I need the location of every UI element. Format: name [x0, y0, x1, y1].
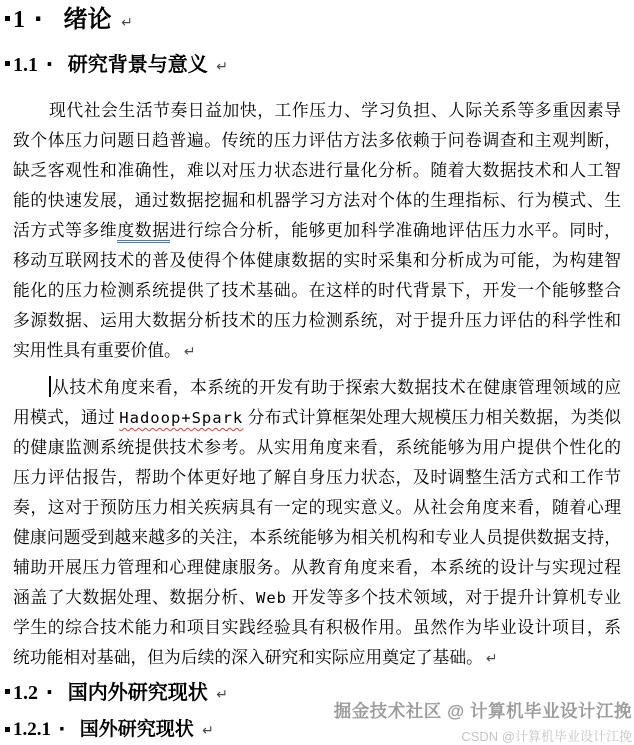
- paragraph-line: 辅助开展压力管理和心理健康服务。从教育角度来看，本系统的设计与实现过程: [13, 553, 621, 583]
- paragraph-line: 能化的压力检测系统提供了技术基础。在这样的时代背景下，开发一个能够整合: [13, 276, 621, 306]
- heading-title: 国外研究现状: [80, 719, 194, 740]
- heading-outline-marker-icon[interactable]: [5, 61, 10, 66]
- paragraph-line: 活方式等多维度数据进行综合分析，能够更加科学准确地评估压力水平。同时，: [13, 216, 621, 246]
- paragraph-mark-icon: ↵: [202, 723, 214, 739]
- paragraph-line: 压力评估报告，帮助个体更好地了解自身压力状态，及时调整生活方式和工作节: [13, 463, 621, 493]
- paragraph-mark-icon: ↵: [216, 59, 228, 75]
- paragraph-mark-icon: ↵: [486, 651, 498, 667]
- document-page: 1 · 绪论 ↵ 1.1 · 研究背景与意义 ↵ 现代社会生活节奏日益加快，工作…: [0, 0, 634, 745]
- paragraph-line: 学生的综合技术能力和项目实践经验具有积极作用。虽然作为毕业设计项目，系: [13, 613, 621, 643]
- paragraph-line: 从技术角度来看，本系统的开发有助于探索大数据技术在健康管理领域的应: [13, 373, 621, 403]
- space-format-mark: ·: [46, 52, 54, 76]
- heading-title: 国内外研究现状: [68, 682, 208, 704]
- text-cursor: [49, 376, 51, 397]
- paragraph-line: 涵盖了大数据处理、数据分析、Web 开发等多个技术领域，对于提升计算机专业: [13, 583, 621, 613]
- space-format-mark: ·: [34, 5, 43, 33]
- heading-title: 绪论: [63, 6, 111, 33]
- paragraph-line: 用模式，通过 Hadoop+Spark 分布式计算框架处理大规模压力相关数据，为…: [13, 403, 621, 433]
- paragraph-research-background[interactable]: 现代社会生活节奏日益加快，工作压力、学习负担、人际关系等多重因素导致个体压力问题…: [13, 96, 621, 366]
- watermark-line2: CSDN @计算机毕业设计江挽: [334, 726, 632, 745]
- paragraph-line: 致个体压力问题日趋普遍。传统的压力评估方法多依赖于问卷调查和主观判断，: [13, 126, 621, 156]
- paragraph-significance[interactable]: 从技术角度来看，本系统的开发有助于探索大数据技术在健康管理领域的应用模式，通过 …: [13, 373, 621, 673]
- paragraph-mark-icon: ↵: [184, 344, 196, 360]
- paragraph-line: 能的快速发展，通过数据挖掘和机器学习方法对个体的生理指标、行为模式、生: [13, 186, 621, 216]
- heading-title: 研究背景与意义: [68, 54, 208, 76]
- watermark-line1: 掘金技术社区 @ 计算机毕业设计江挽: [334, 698, 632, 723]
- latin-text: Web: [256, 589, 287, 607]
- paragraph-line: 多源数据、运用大数据分析技术的压力检测系统，对于提升压力评估的科学性和: [13, 306, 621, 336]
- heading-outline-marker-icon[interactable]: [5, 727, 10, 732]
- paragraph-mark-icon: ↵: [121, 15, 133, 31]
- heading-number: 1.2.1: [13, 719, 51, 740]
- paragraph-line: 奏，这对于预防压力相关疾病具有一定的现实意义。从社会角度来看，随着心理: [13, 493, 621, 523]
- heading-number: 1: [13, 7, 25, 33]
- heading-number: 1.1: [13, 54, 38, 76]
- space-format-mark: ·: [58, 718, 65, 740]
- space-format-mark: ·: [46, 680, 54, 704]
- spellcheck-underline: Hadoop+Spark: [119, 409, 243, 427]
- paragraph-line: 统功能相对基础，但为后续的深入研究和实际应用奠定了基础。↵: [13, 643, 621, 673]
- heading-1-1-background: 1.1 · 研究背景与意义 ↵: [0, 51, 634, 80]
- paragraph-mark-icon: ↵: [216, 687, 228, 703]
- heading-number: 1.2: [13, 682, 38, 704]
- paragraph-line: 实用性具有重要价值。↵: [13, 336, 621, 366]
- grammar-check-underline: 度数据: [117, 221, 169, 243]
- paragraph-line: 的健康监测系统提供技术参考。从实用角度来看，系统能够为用户提供个性化的: [13, 433, 621, 463]
- paragraph-line: 缺乏客观性和准确性，难以对压力状态进行量化分析。随着大数据技术和人工智: [13, 156, 621, 186]
- watermark: 掘金技术社区 @ 计算机毕业设计江挽 CSDN @计算机毕业设计江挽: [334, 698, 632, 745]
- heading-outline-marker-icon[interactable]: [5, 16, 10, 21]
- heading-outline-marker-icon[interactable]: [5, 689, 10, 694]
- heading-1-introduction: 1 · 绪论 ↵: [0, 4, 634, 38]
- paragraph-line: 健康问题受到越来越多的关注，本系统能够为相关机构和专业人员提供数据支持，: [13, 523, 621, 553]
- paragraph-line: 移动互联网技术的普及使得个体健康数据的实时采集和分析成为可能，为构建智: [13, 246, 621, 276]
- paragraph-line: 现代社会生活节奏日益加快，工作压力、学习负担、人际关系等多重因素导: [13, 96, 621, 126]
